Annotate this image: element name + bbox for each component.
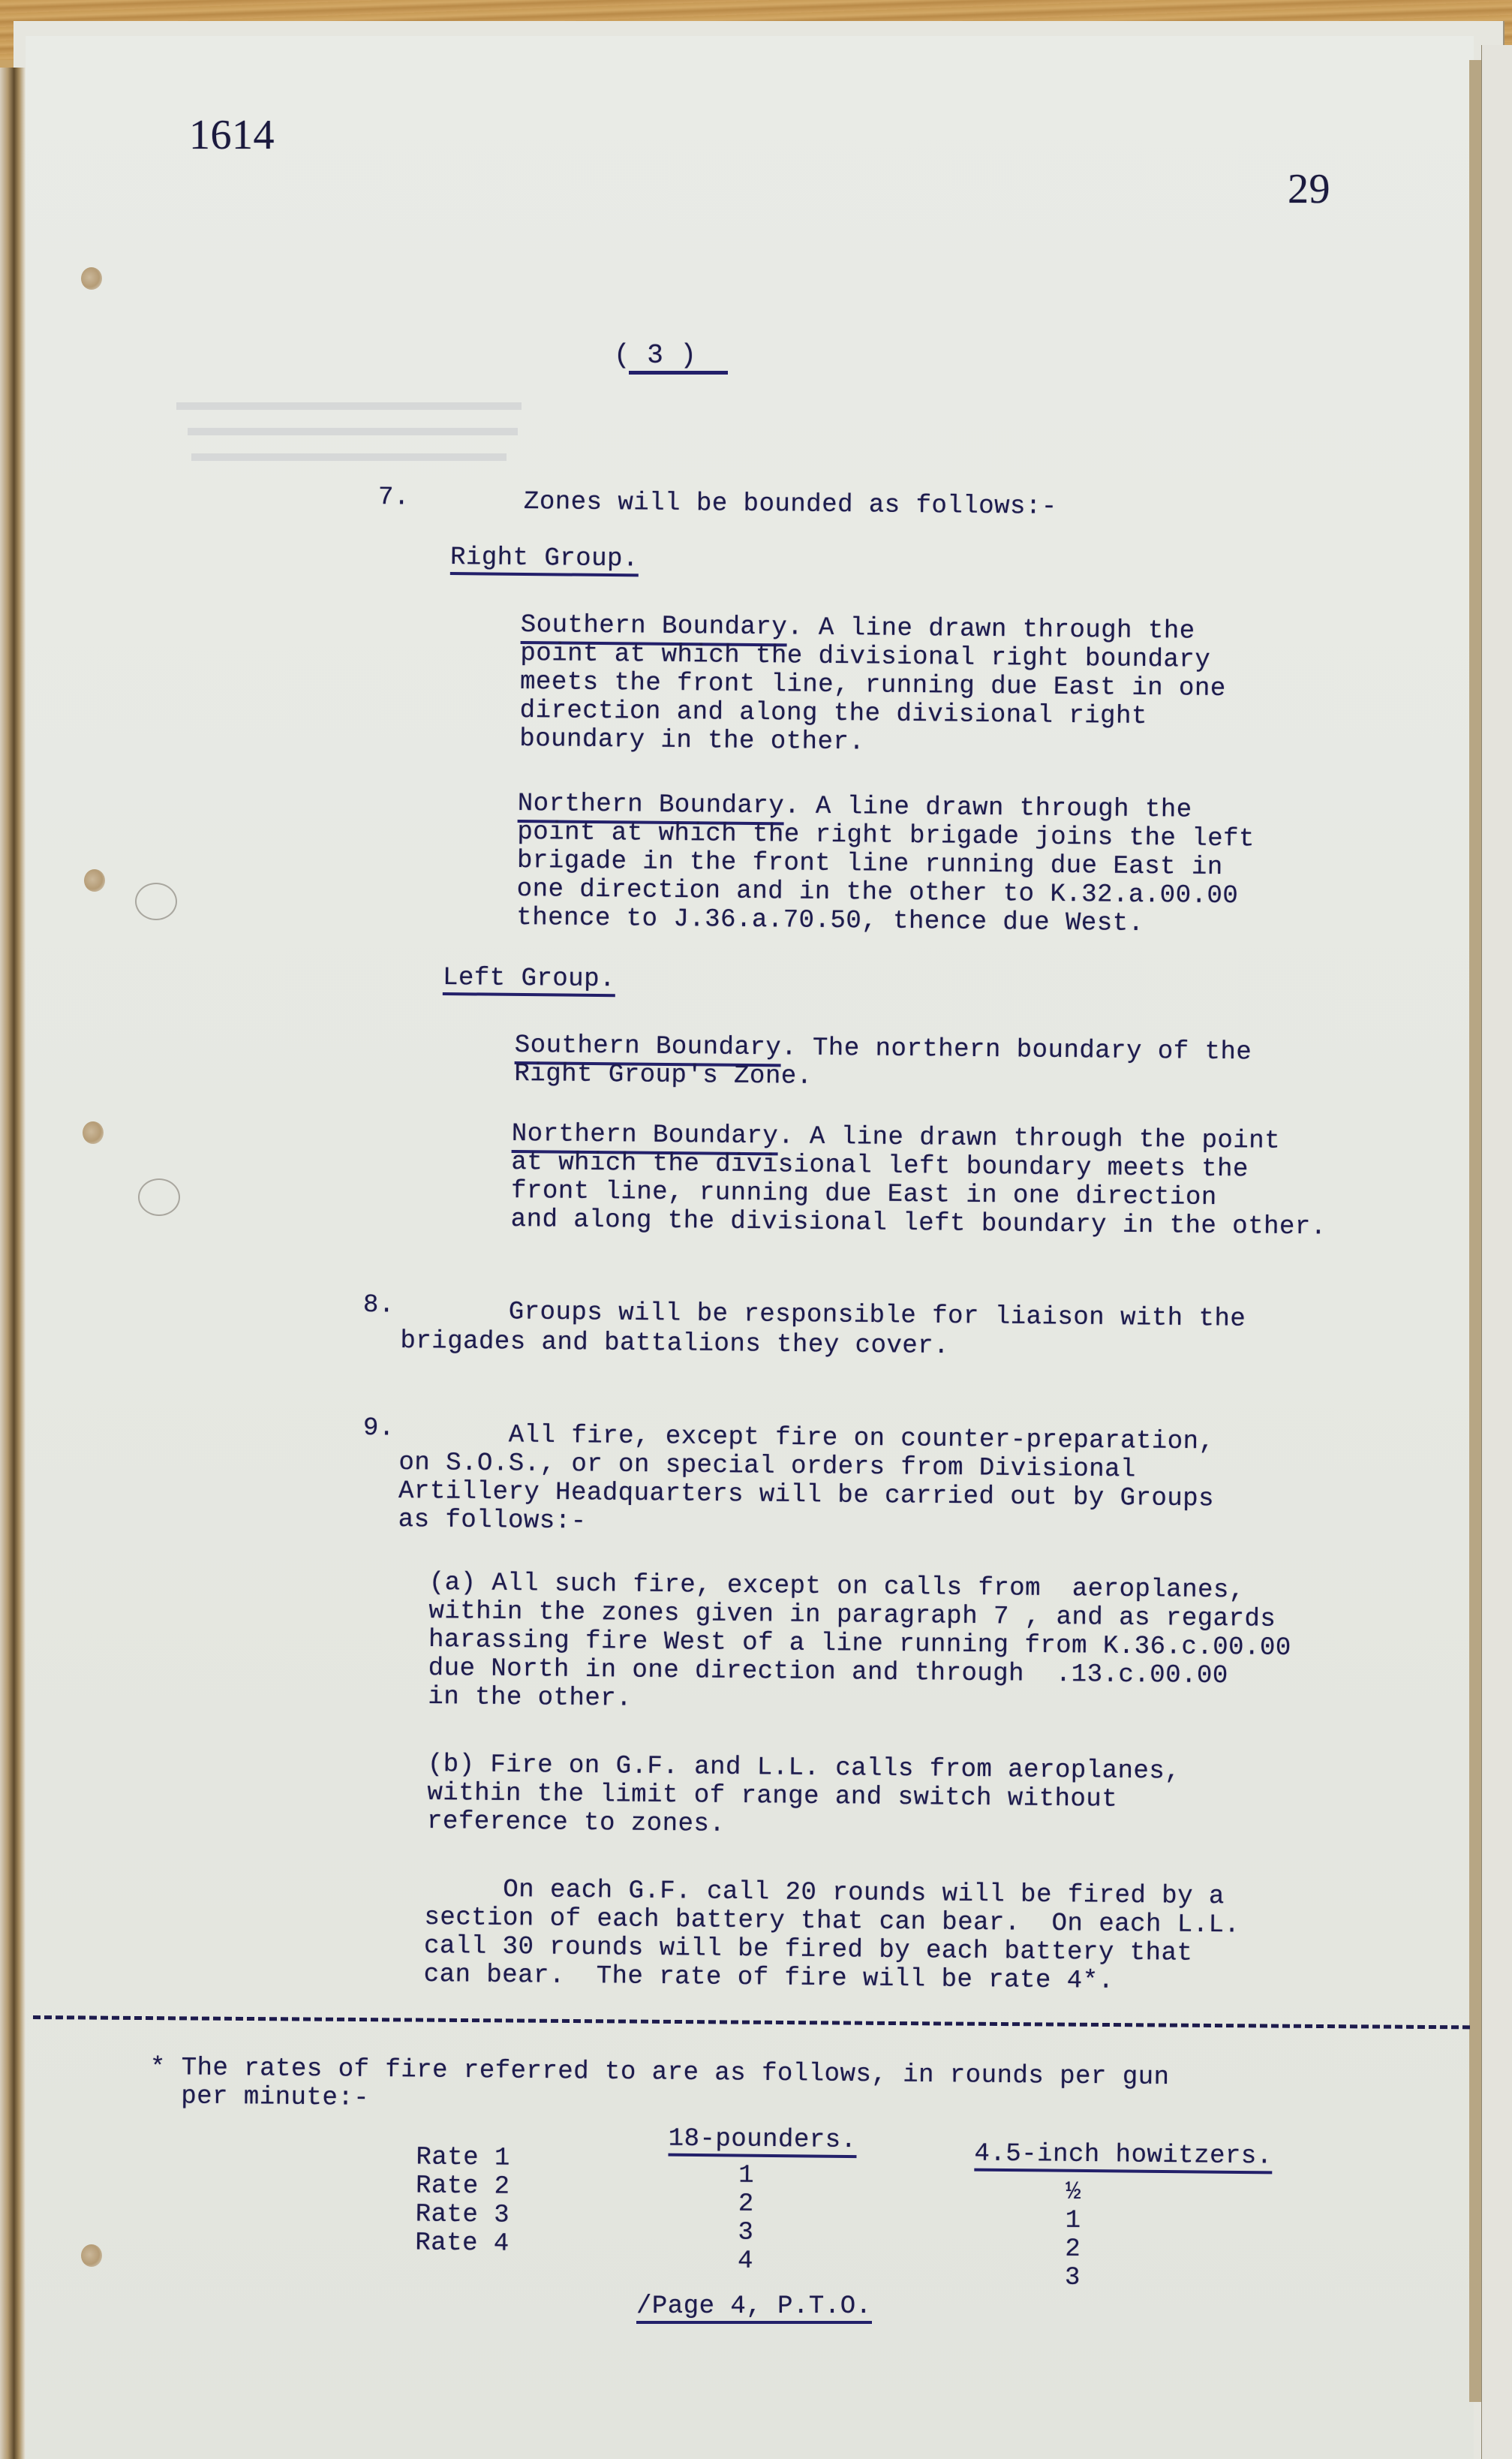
table-cell-18pdr: 3 bbox=[738, 2220, 753, 2246]
para-7-number: 7. bbox=[378, 485, 410, 510]
binder-edge bbox=[0, 68, 26, 2459]
table-row-rate: Rate 2 bbox=[416, 2173, 510, 2199]
bleed-through bbox=[188, 428, 518, 435]
table-cell-howitzer: ½ bbox=[1066, 2180, 1081, 2205]
table-cell-18pdr: 4 bbox=[738, 2249, 753, 2274]
ring-mark-icon bbox=[138, 1178, 180, 1216]
table-cell-howitzer: 3 bbox=[1065, 2265, 1081, 2291]
continuation-note: /Page 4, P.T.O. bbox=[636, 2294, 872, 2324]
page-marker: ( 3 ) bbox=[614, 342, 697, 369]
punch-hole-icon bbox=[84, 869, 105, 892]
left-group-heading: Left Group. bbox=[443, 965, 615, 997]
table-cell-18pdr: 1 bbox=[738, 2163, 754, 2189]
archive-number: 1614 bbox=[189, 114, 275, 156]
table-header-howitzers: 4.5-inch howitzers. bbox=[974, 2141, 1273, 2175]
page-marker-underline bbox=[629, 371, 728, 375]
punch-hole-icon bbox=[83, 1121, 104, 1144]
bleed-through bbox=[176, 402, 522, 410]
para-8-number: 8. bbox=[363, 1293, 395, 1318]
folio-number: 29 bbox=[1288, 168, 1330, 210]
para-7-intro: Zones will be bounded as follows:- bbox=[524, 489, 1057, 520]
stacked-pages-edge bbox=[1481, 45, 1512, 2459]
right-group-heading: Right Group. bbox=[450, 545, 639, 576]
punch-hole-icon bbox=[81, 267, 102, 290]
table-cell-18pdr: 2 bbox=[738, 2192, 754, 2217]
punch-hole-icon bbox=[81, 2244, 102, 2267]
table-header-18-pounders: 18-pounders. bbox=[668, 2126, 856, 2158]
ring-mark-icon bbox=[135, 883, 177, 920]
page-edge-shadow bbox=[1469, 60, 1481, 2402]
para-9-number: 9. bbox=[363, 1416, 395, 1441]
bleed-through bbox=[191, 453, 507, 461]
table-row-rate: Rate 3 bbox=[416, 2202, 510, 2228]
table-row-rate: Rate 1 bbox=[416, 2144, 510, 2171]
table-row-rate: Rate 4 bbox=[415, 2230, 510, 2256]
table-cell-howitzer: 2 bbox=[1065, 2237, 1081, 2262]
table-cell-howitzer: 1 bbox=[1066, 2208, 1081, 2234]
